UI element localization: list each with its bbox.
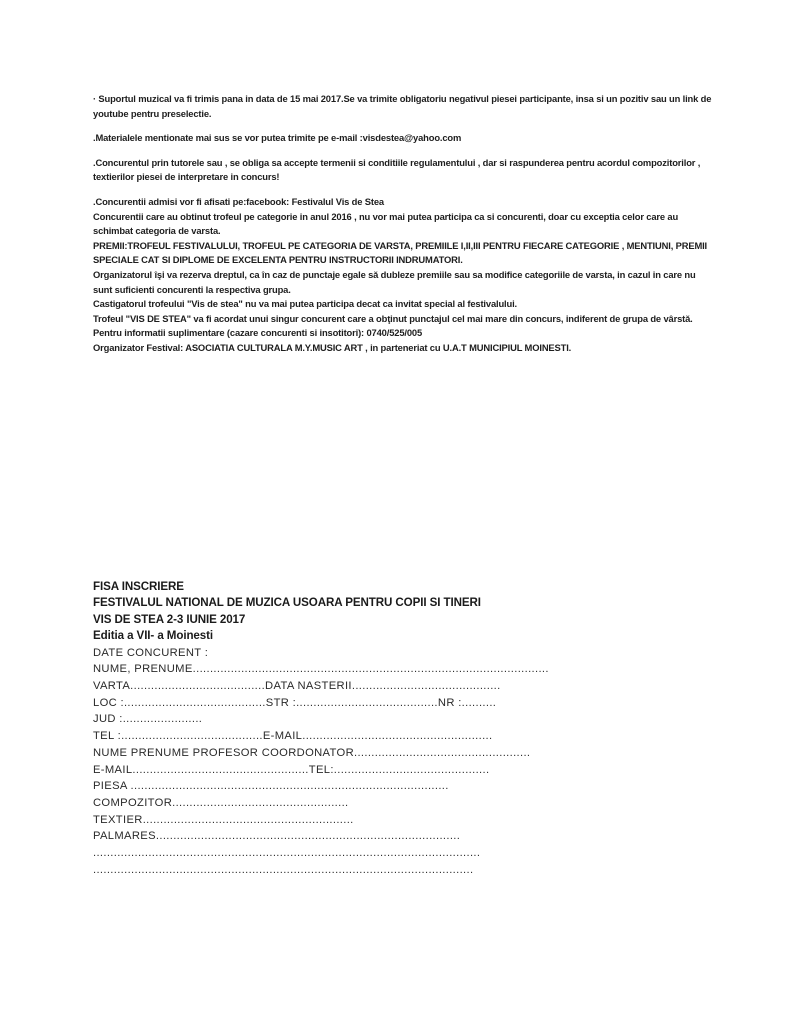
field-achievements-line-2[interactable]: ........................................… bbox=[93, 845, 613, 862]
registration-form: FISA INSCRIERE FESTIVALUL NATIONAL DE MU… bbox=[93, 579, 613, 878]
rule-organizer: Organizator Festival: ASOCIATIA CULTURAL… bbox=[93, 341, 713, 356]
field-age-birthdate[interactable]: VARTA...................................… bbox=[93, 678, 613, 695]
field-achievements-line-3[interactable]: ........................................… bbox=[93, 862, 613, 879]
regulations-section: · Suportul muzical va fi trimis pana in … bbox=[93, 92, 713, 356]
festival-dates: VIS DE STEA 2-3 IUNIE 2017 bbox=[93, 612, 613, 628]
rule-music-support: · Suportul muzical va fi trimis pana in … bbox=[93, 92, 713, 121]
field-lyricist[interactable]: TEXTIER.................................… bbox=[93, 812, 613, 829]
field-county[interactable]: JUD :....................... bbox=[93, 711, 613, 728]
document-page: · Suportul muzical va fi trimis pana in … bbox=[0, 0, 791, 1024]
festival-name: FESTIVALUL NATIONAL DE MUZICA USOARA PEN… bbox=[93, 595, 613, 611]
rule-organizer-rights: Organizatorul îşi va rezerva dreptul, ca… bbox=[93, 268, 713, 297]
rule-previous-winners: Concurentii care au obtinut trofeul pe c… bbox=[93, 210, 713, 239]
field-composer[interactable]: COMPOZITOR..............................… bbox=[93, 795, 613, 812]
rule-trophy-award: Trofeul "VIS DE STEA" va fi acordat unui… bbox=[93, 312, 713, 341]
field-teacher-name[interactable]: NUME PRENUME PROFESOR COORDONATOR.......… bbox=[93, 745, 613, 762]
rule-trophy-winner: Castigatorul trofeului "Vis de stea" nu … bbox=[93, 297, 713, 312]
rule-acceptance: .Concurentul prin tutorele sau , se obli… bbox=[93, 156, 713, 185]
field-address[interactable]: LOC :...................................… bbox=[93, 695, 613, 712]
form-title: FISA INSCRIERE bbox=[93, 579, 613, 595]
section-label: DATE CONCURENT : bbox=[93, 645, 613, 662]
rule-admitted-list: .Concurentii admisi vor fi afisati pe:fa… bbox=[93, 195, 713, 210]
field-teacher-contact[interactable]: E-MAIL..................................… bbox=[93, 762, 613, 779]
rule-materials-email: .Materialele mentionate mai sus se vor p… bbox=[93, 131, 713, 146]
edition-location: Editia a VII- a Moinesti bbox=[93, 628, 613, 644]
rule-prizes: PREMII:TROFEUL FESTIVALULUI, TROFEUL PE … bbox=[93, 239, 713, 268]
field-name[interactable]: NUME, PRENUME...........................… bbox=[93, 661, 613, 678]
field-achievements[interactable]: PALMARES................................… bbox=[93, 828, 613, 845]
field-song[interactable]: PIESA ..................................… bbox=[93, 778, 613, 795]
field-phone-email[interactable]: TEL :...................................… bbox=[93, 728, 613, 745]
rule-block: .Concurentii admisi vor fi afisati pe:fa… bbox=[93, 195, 713, 356]
